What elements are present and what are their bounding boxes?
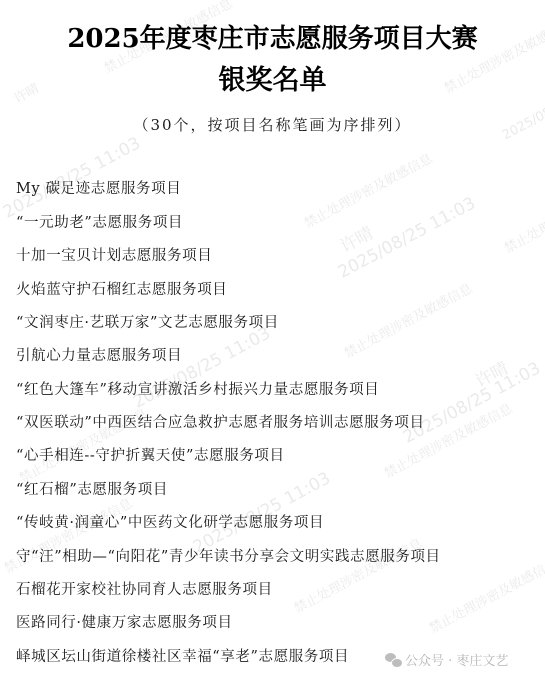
watermark-notice: 禁止处理涉密及敏感信息 (425, 553, 545, 637)
source-label: 公众号 · 枣庄文艺 (405, 650, 508, 669)
watermark-notice: 禁止处理涉密及敏感信息 (340, 278, 475, 362)
watermark-notice: 禁止处理涉密及敏感信息 (300, 148, 435, 232)
list-item: 火焰蓝守护石榴红志愿服务项目 (16, 280, 227, 300)
watermark-timestamp: 2025/08/25 11:03 (400, 358, 544, 447)
list-item: My 碳足迹志愿服务项目 (16, 179, 181, 199)
list-item: 十加一宝贝计划志愿服务项目 (16, 246, 212, 266)
list-item: 守“汪”相助—“向阳花”青少年读书分享会文明实践志愿服务项目 (16, 547, 441, 567)
list-item: “传岐黄·润童心”中医药文化研学志愿服务项目 (16, 513, 324, 533)
wechat-icon (385, 653, 401, 667)
list-item: “红石榴”志愿服务项目 (16, 480, 168, 500)
watermark-name: 许晴 (470, 354, 512, 392)
list-item: 石榴花开家校社协同育人志愿服务项目 (16, 580, 273, 600)
watermark-notice: 禁止处理涉密及敏感信息 (380, 398, 515, 482)
watermark-notice: 禁止处理涉密及敏感信息 (500, 173, 545, 257)
page-subtitle: （30个，按项目名称笔画为序排列） (0, 114, 545, 135)
list-item: “双医联动”中西医结合应急救护志愿者服务培训志愿服务项目 (16, 413, 425, 433)
list-item: “文润枣庄·艺联万家”文艺志愿服务项目 (16, 313, 279, 333)
list-item: 医路同行·健康万家志愿服务项目 (16, 613, 233, 633)
watermark-timestamp: 2025/08/25 11:03 (335, 193, 479, 282)
list-item: “红色大篷车”移动宣讲激活乡村振兴力量志愿服务项目 (16, 380, 379, 400)
page-title-award: 银奖名单 (0, 66, 545, 96)
list-item: 引航心力量志愿服务项目 (16, 346, 182, 366)
source-badge: 公众号 · 枣庄文艺 (385, 650, 508, 669)
page-title: 2025年度枣庄市志愿服务项目大赛 (0, 24, 545, 54)
document-page: 禁止处理涉密及敏感信息 2025/08/25 11:03 许晴 禁止处理涉密及敏… (0, 0, 545, 680)
watermark-name: 许晴 (335, 219, 377, 257)
watermark-notice: 禁止处理涉密及敏感信息 (290, 533, 425, 617)
list-item: 峄城区坛山街道徐楼社区幸福“享老”志愿服务项目 (16, 647, 349, 667)
list-item: “心手相连--守护折翼天使”志愿服务项目 (16, 446, 285, 466)
list-item: “一元助老”志愿服务项目 (16, 213, 183, 233)
